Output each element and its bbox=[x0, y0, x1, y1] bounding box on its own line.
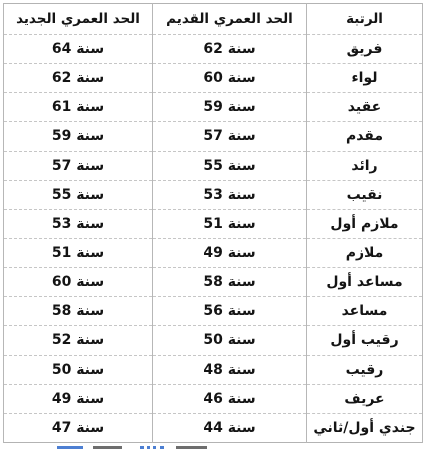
age-limit-table: الرتبة الحد العمري القديم الحد العمري ال… bbox=[3, 3, 423, 443]
old-limit-cell: 53 سنة bbox=[153, 180, 307, 209]
old-limit-cell: 49 سنة bbox=[153, 238, 307, 267]
rank-cell: ملازم أول bbox=[307, 209, 423, 238]
table-row: مقدم 57 سنة 59 سنة bbox=[4, 122, 423, 151]
old-limit-cell: 50 سنة bbox=[153, 326, 307, 355]
table-row: نقيب 53 سنة 55 سنة bbox=[4, 180, 423, 209]
table-row: ملازم أول 51 سنة 53 سنة bbox=[4, 209, 423, 238]
rank-cell: مقدم bbox=[307, 122, 423, 151]
old-limit-cell: 62 سنة bbox=[153, 35, 307, 64]
table-row: مساعد 56 سنة 58 سنة bbox=[4, 297, 423, 326]
table-row: ملازم 49 سنة 51 سنة bbox=[4, 238, 423, 267]
old-limit-cell: 57 سنة bbox=[153, 122, 307, 151]
new-limit-cell: 49 سنة bbox=[4, 384, 153, 413]
table-row: رائد 55 سنة 57 سنة bbox=[4, 151, 423, 180]
new-limit-cell: 47 سنة bbox=[4, 413, 153, 442]
new-limit-cell: 64 سنة bbox=[4, 35, 153, 64]
table-row: مساعد أول 58 سنة 60 سنة bbox=[4, 268, 423, 297]
cutoff-text-fragment bbox=[93, 446, 122, 449]
new-limit-cell: 55 سنة bbox=[4, 180, 153, 209]
rank-cell: ملازم bbox=[307, 238, 423, 267]
rank-cell: رقيب bbox=[307, 355, 423, 384]
new-limit-cell: 59 سنة bbox=[4, 122, 153, 151]
rank-cell: رقيب أول bbox=[307, 326, 423, 355]
new-limit-cell: 51 سنة bbox=[4, 238, 153, 267]
old-limit-cell: 59 سنة bbox=[153, 93, 307, 122]
new-limit-cell: 61 سنة bbox=[4, 93, 153, 122]
old-limit-cell: 44 سنة bbox=[153, 413, 307, 442]
new-limit-cell: 52 سنة bbox=[4, 326, 153, 355]
new-limit-cell: 50 سنة bbox=[4, 355, 153, 384]
rank-cell: عريف bbox=[307, 384, 423, 413]
table-row: رقيب 48 سنة 50 سنة bbox=[4, 355, 423, 384]
table-row: عريف 46 سنة 49 سنة bbox=[4, 384, 423, 413]
new-limit-cell: 58 سنة bbox=[4, 297, 153, 326]
table-row: جندي أول/ثاني 44 سنة 47 سنة bbox=[4, 413, 423, 442]
old-limit-cell: 46 سنة bbox=[153, 384, 307, 413]
rank-cell: فريق bbox=[307, 35, 423, 64]
rank-cell: عقيد bbox=[307, 93, 423, 122]
rank-cell: مساعد أول bbox=[307, 268, 423, 297]
old-limit-cell: 51 سنة bbox=[153, 209, 307, 238]
col-header-old-limit: الحد العمري القديم bbox=[153, 4, 307, 35]
rank-cell: مساعد bbox=[307, 297, 423, 326]
rank-cell: نقيب bbox=[307, 180, 423, 209]
old-limit-cell: 55 سنة bbox=[153, 151, 307, 180]
table-row: لواء 60 سنة 62 سنة bbox=[4, 64, 423, 93]
new-limit-cell: 62 سنة bbox=[4, 64, 153, 93]
rank-cell: رائد bbox=[307, 151, 423, 180]
old-limit-cell: 56 سنة bbox=[153, 297, 307, 326]
old-limit-cell: 48 سنة bbox=[153, 355, 307, 384]
header-row: الرتبة الحد العمري القديم الحد العمري ال… bbox=[4, 4, 423, 35]
rank-cell: جندي أول/ثاني bbox=[307, 413, 423, 442]
cutoff-text-fragment bbox=[176, 446, 207, 449]
cutoff-link-fragment[interactable] bbox=[57, 446, 83, 449]
new-limit-cell: 60 سنة bbox=[4, 268, 153, 297]
cutoff-link-fragment[interactable] bbox=[140, 446, 164, 449]
old-limit-cell: 58 سنة bbox=[153, 268, 307, 297]
table-row: رقيب أول 50 سنة 52 سنة bbox=[4, 326, 423, 355]
new-limit-cell: 57 سنة bbox=[4, 151, 153, 180]
col-header-new-limit: الحد العمري الجديد bbox=[4, 4, 153, 35]
rank-cell: لواء bbox=[307, 64, 423, 93]
col-header-rank: الرتبة bbox=[307, 4, 423, 35]
old-limit-cell: 60 سنة bbox=[153, 64, 307, 93]
table-row: فريق 62 سنة 64 سنة bbox=[4, 35, 423, 64]
new-limit-cell: 53 سنة bbox=[4, 209, 153, 238]
page: الرتبة الحد العمري القديم الحد العمري ال… bbox=[0, 0, 427, 450]
table-row: عقيد 59 سنة 61 سنة bbox=[4, 93, 423, 122]
